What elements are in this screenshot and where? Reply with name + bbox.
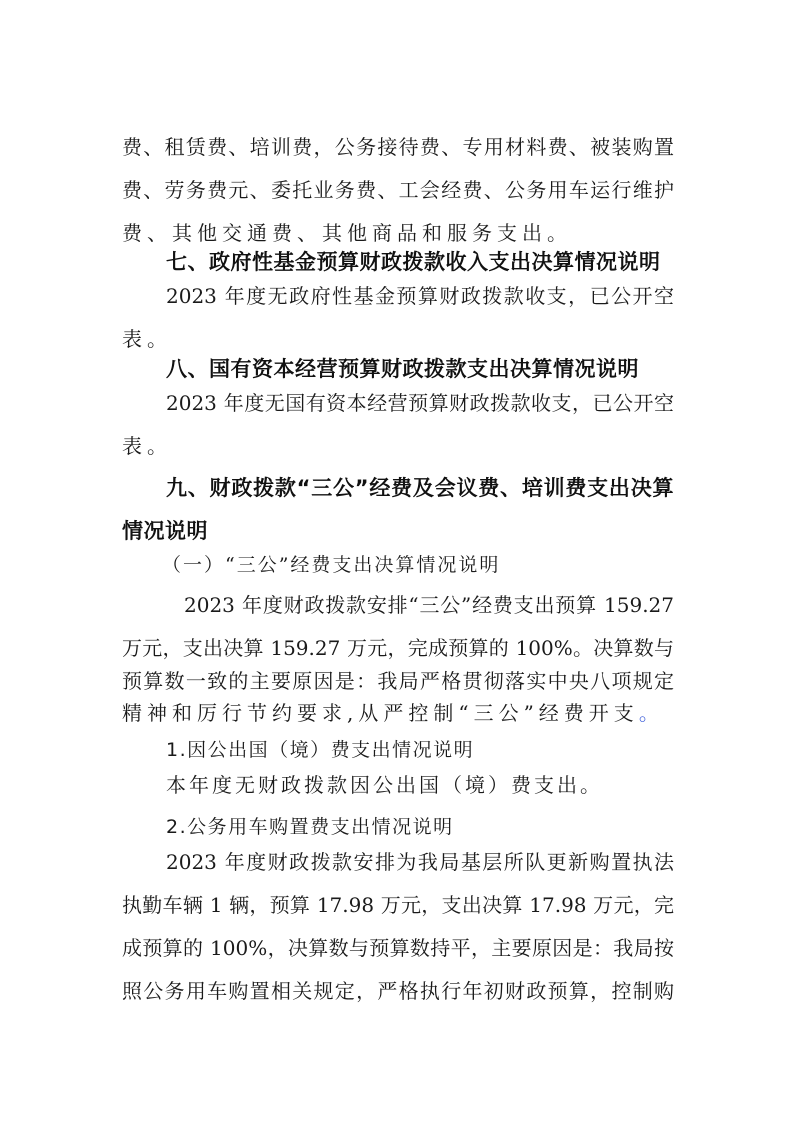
section-heading-8: 八、国有资本经营预算财政拨款支出决算情况说明: [166, 356, 674, 382]
body-line: 费、其他交通费、其他商品和服务支出。: [122, 220, 674, 246]
body-line: 费、租赁费、培训费，公务接待费、专用材料费、被装购置: [122, 134, 674, 160]
body-line: 2023 年度财政拨款安排“三公”经费支出预算 159.27: [184, 592, 674, 618]
section-heading-7: 七、政府性基金预算财政拨款收入支出决算情况说明: [166, 249, 674, 275]
body-line: 照公务用车购置相关规定，严格执行年初财政预算，控制购: [122, 978, 674, 1004]
body-line: 2023 年度无国有资本经营预算财政拨款收支，已公开空: [166, 390, 674, 416]
body-line: 预算数一致的主要原因是：我局严格贯彻落实中央八项规定: [122, 668, 674, 694]
body-line: 本年度无财政拨款因公出国（境）费支出。: [166, 772, 674, 798]
body-line: 表。: [122, 326, 674, 352]
body-line: 执勤车辆 1 辆，预算 17.98 万元，支出决算 17.98 万元，完: [122, 892, 674, 918]
body-line: 精神和厉行节约要求,从严控制“三公”经费开支。: [122, 700, 674, 726]
body-text: 精神和厉行节约要求,从严控制“三公”经费开支: [122, 701, 639, 725]
section-heading-9-cont: 情况说明: [122, 518, 674, 544]
subsection-heading-1: （一）“三公”经费支出决算情况说明: [162, 552, 674, 578]
body-line: 万元，支出决算 159.27 万元，完成预算的 100%。决算数与: [122, 635, 674, 661]
section-heading-9: 九、财政拨款“三公”经费及会议费、培训费支出决算: [166, 475, 674, 501]
end-period: 。: [639, 701, 664, 725]
body-line: 2023 年度财政拨款安排为我局基层所队更新购置执法: [166, 849, 674, 875]
item-heading-1: 1.因公出国（境）费支出情况说明: [166, 737, 674, 763]
body-line: 表。: [122, 433, 674, 459]
body-line: 费、劳务费元、委托业务费、工会经费、公务用车运行维护: [122, 177, 674, 203]
body-line: 2023 年度无政府性基金预算财政拨款收支，已公开空: [166, 283, 674, 309]
body-line: 成预算的 100%，决算数与预算数持平，主要原因是：我局按: [122, 935, 674, 961]
item-heading-2: 2.公务用车购置费支出情况说明: [166, 814, 674, 840]
